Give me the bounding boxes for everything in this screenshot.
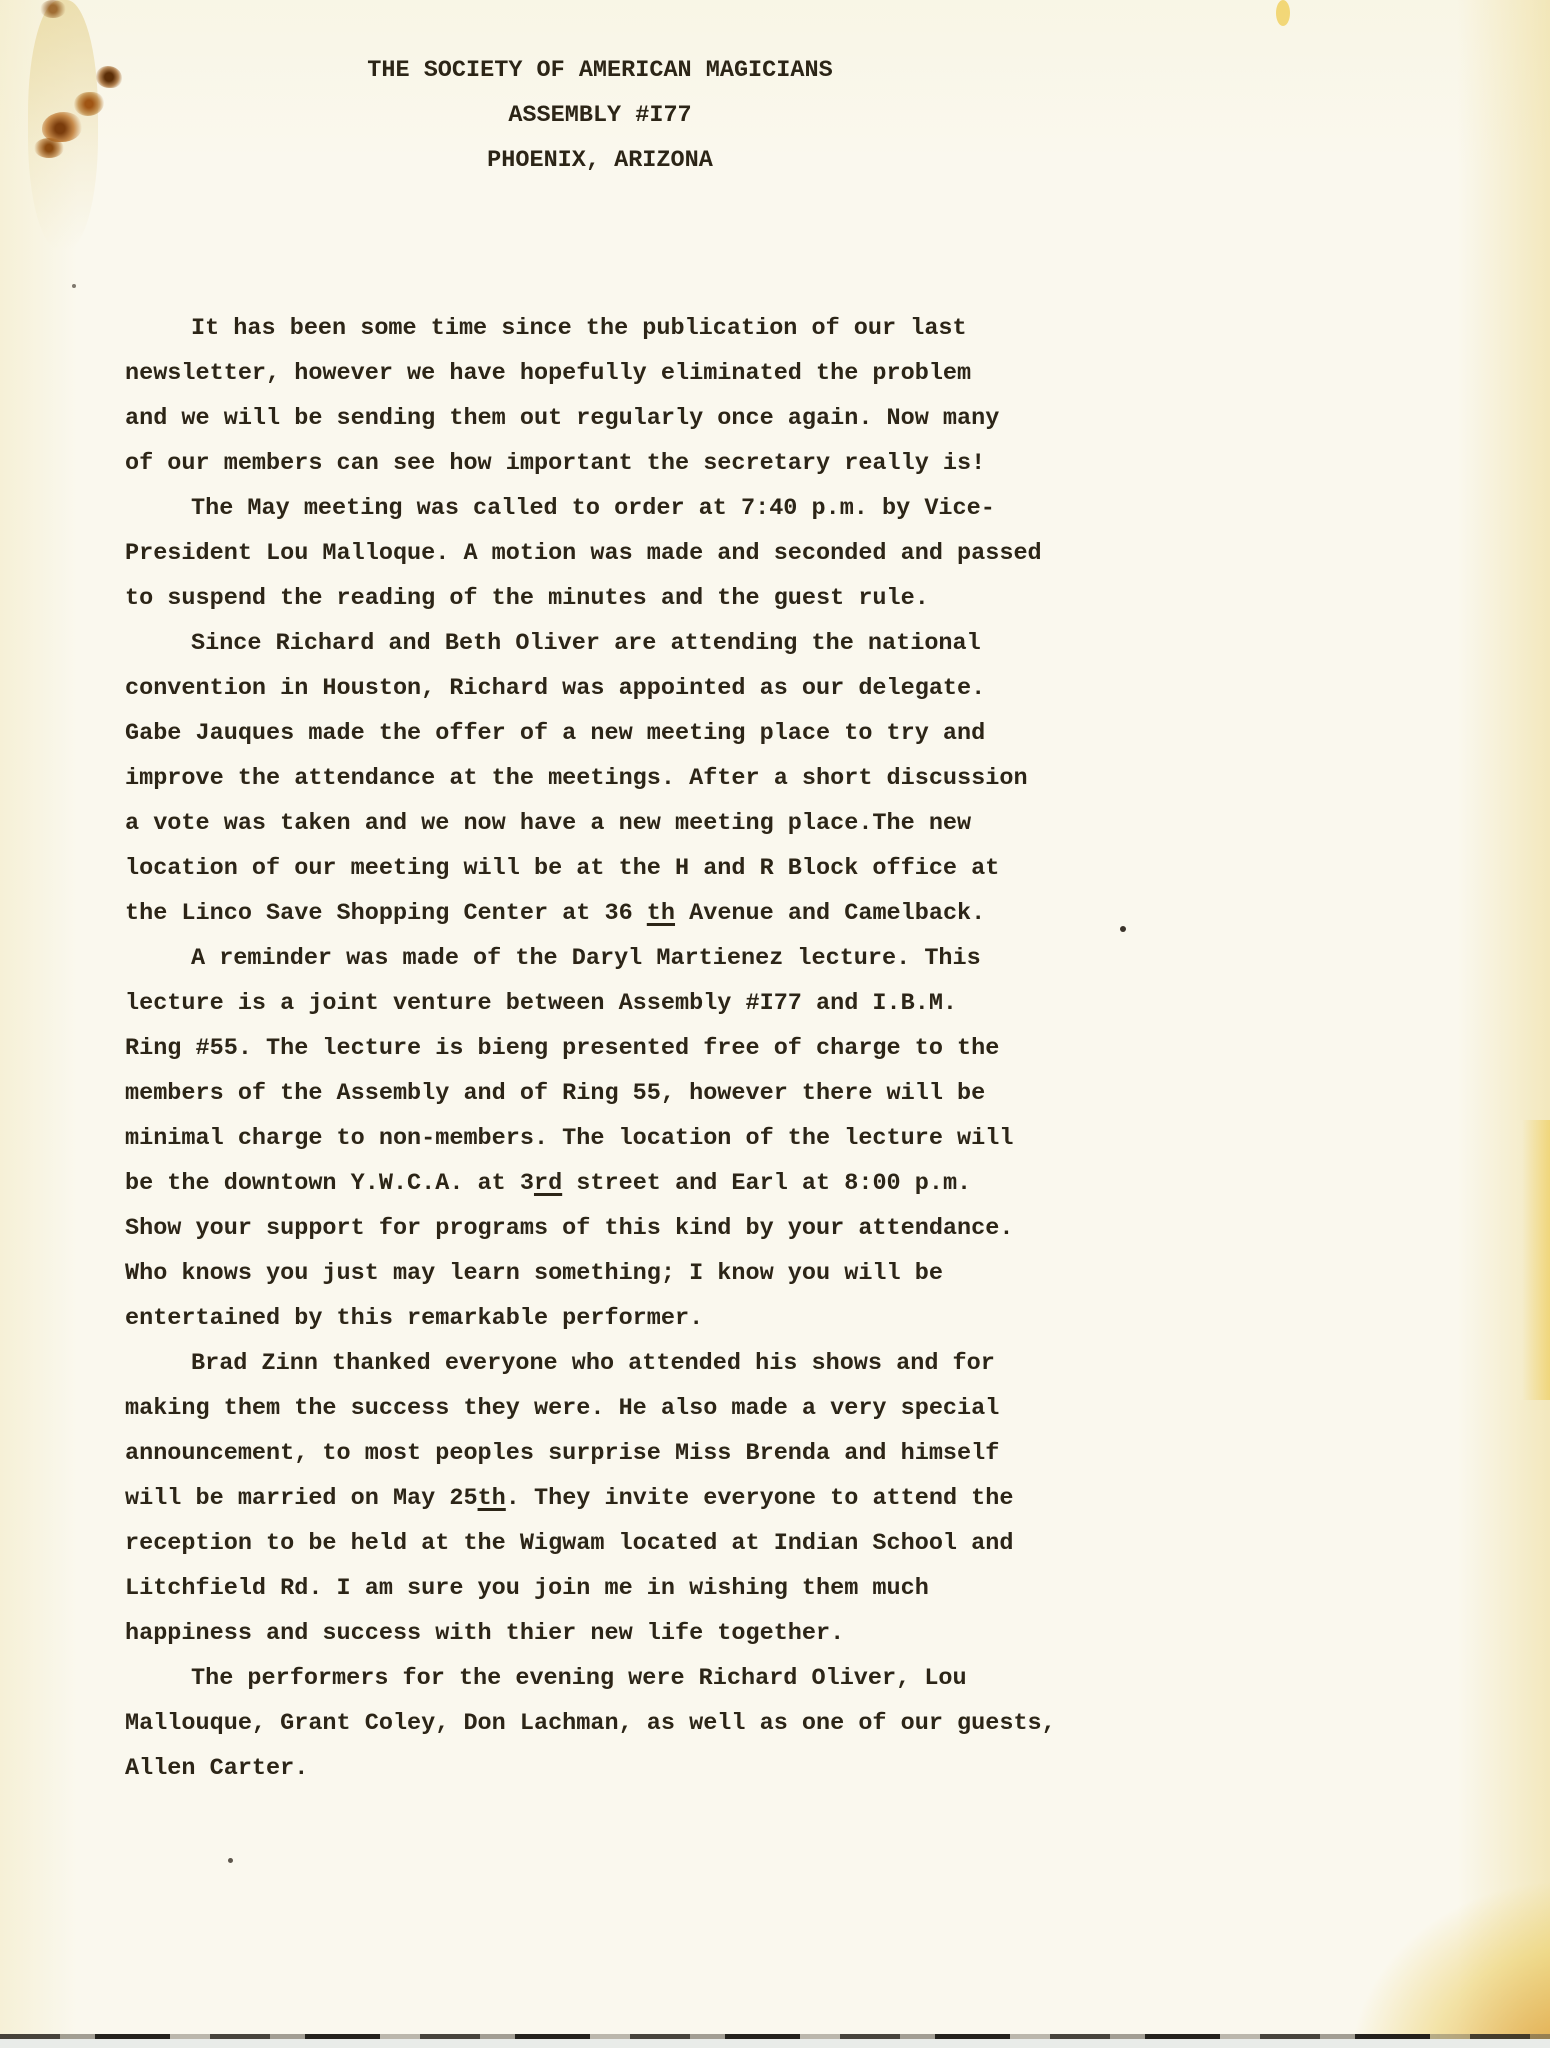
text-line: Ring #55. The lecture is bieng presented…: [125, 1026, 1075, 1071]
document-header: THE SOCIETY OF AMERICAN MAGICIANS ASSEMB…: [125, 48, 1075, 183]
text-line: lecture is a joint venture between Assem…: [125, 981, 1075, 1026]
top-left-stain-drip: [34, 138, 64, 158]
text-line: making them the success they were. He al…: [125, 1386, 1075, 1431]
location-line: PHOENIX, ARIZONA: [125, 138, 1075, 183]
top-edge-yellow-mark: [1276, 0, 1290, 26]
text-line: happiness and success with thier new lif…: [125, 1611, 1075, 1656]
top-left-stain-drip: [40, 0, 66, 18]
text-line: The May meeting was called to order at 7…: [125, 486, 1075, 531]
top-left-stain-drip: [96, 66, 122, 88]
scanned-newsletter-page: THE SOCIETY OF AMERICAN MAGICIANS ASSEMB…: [0, 0, 1550, 2048]
text-line: Allen Carter.: [125, 1746, 1075, 1791]
text-line: entertained by this remarkable performer…: [125, 1296, 1075, 1341]
top-left-stain-drip: [74, 92, 104, 116]
organization-name: THE SOCIETY OF AMERICAN MAGICIANS: [125, 48, 1075, 93]
assembly-number: ASSEMBLY #I77: [125, 93, 1075, 138]
paragraph: It has been some time since the publicat…: [125, 306, 1075, 486]
text-line: minimal charge to non-members. The locat…: [125, 1116, 1075, 1161]
top-left-stain-drip: [42, 112, 82, 142]
document-body: It has been some time since the publicat…: [125, 306, 1075, 1791]
document-content: THE SOCIETY OF AMERICAN MAGICIANS ASSEMB…: [125, 48, 1075, 1791]
right-edge-yellow-smudge: [1522, 1120, 1550, 1400]
scan-artifact-bottom-strip: [0, 2039, 1550, 2048]
text-line: convention in Houston, Richard was appoi…: [125, 666, 1075, 711]
paragraph: The May meeting was called to order at 7…: [125, 486, 1075, 621]
text-line: Mallouque, Grant Coley, Don Lachman, as …: [125, 1701, 1075, 1746]
text-line: a vote was taken and we now have a new m…: [125, 801, 1075, 846]
text-line: of our members can see how important the…: [125, 441, 1075, 486]
text-line: and we will be sending them out regularl…: [125, 396, 1075, 441]
ink-speckle: [72, 284, 76, 288]
text-line: Litchfield Rd. I am sure you join me in …: [125, 1566, 1075, 1611]
text-line: Brad Zinn thanked everyone who attended …: [125, 1341, 1075, 1386]
text-line: Gabe Jauques made the offer of a new mee…: [125, 711, 1075, 756]
text-line: A reminder was made of the Daryl Martien…: [125, 936, 1075, 981]
text-line: location of our meeting will be at the H…: [125, 846, 1075, 891]
text-line: newsletter, however we have hopefully el…: [125, 351, 1075, 396]
scan-artifact-bottom-line: [0, 2034, 1550, 2039]
text-line: will be married on May 25th. They invite…: [125, 1476, 1075, 1521]
text-line: members of the Assembly and of Ring 55, …: [125, 1071, 1075, 1116]
text-line: improve the attendance at the meetings. …: [125, 756, 1075, 801]
text-line: Since Richard and Beth Oliver are attend…: [125, 621, 1075, 666]
paragraph: The performers for the evening were Rich…: [125, 1656, 1075, 1791]
paragraph: A reminder was made of the Daryl Martien…: [125, 936, 1075, 1341]
paragraph: Brad Zinn thanked everyone who attended …: [125, 1341, 1075, 1656]
text-line: announcement, to most peoples surprise M…: [125, 1431, 1075, 1476]
ink-speckle: [228, 1858, 233, 1863]
left-edge-yellowing-stain: [28, 0, 98, 250]
paragraph: Since Richard and Beth Oliver are attend…: [125, 621, 1075, 936]
text-line: The performers for the evening were Rich…: [125, 1656, 1075, 1701]
text-line: be the downtown Y.W.C.A. at 3rd street a…: [125, 1161, 1075, 1206]
text-line: reception to be held at the Wigwam locat…: [125, 1521, 1075, 1566]
text-line: Who knows you just may learn something; …: [125, 1251, 1075, 1296]
ink-speckle: [1120, 926, 1126, 932]
text-line: President Lou Malloque. A motion was mad…: [125, 531, 1075, 576]
text-line: the Linco Save Shopping Center at 36 th …: [125, 891, 1075, 936]
text-line: to suspend the reading of the minutes an…: [125, 576, 1075, 621]
text-line: It has been some time since the publicat…: [125, 306, 1075, 351]
text-line: Show your support for programs of this k…: [125, 1206, 1075, 1251]
